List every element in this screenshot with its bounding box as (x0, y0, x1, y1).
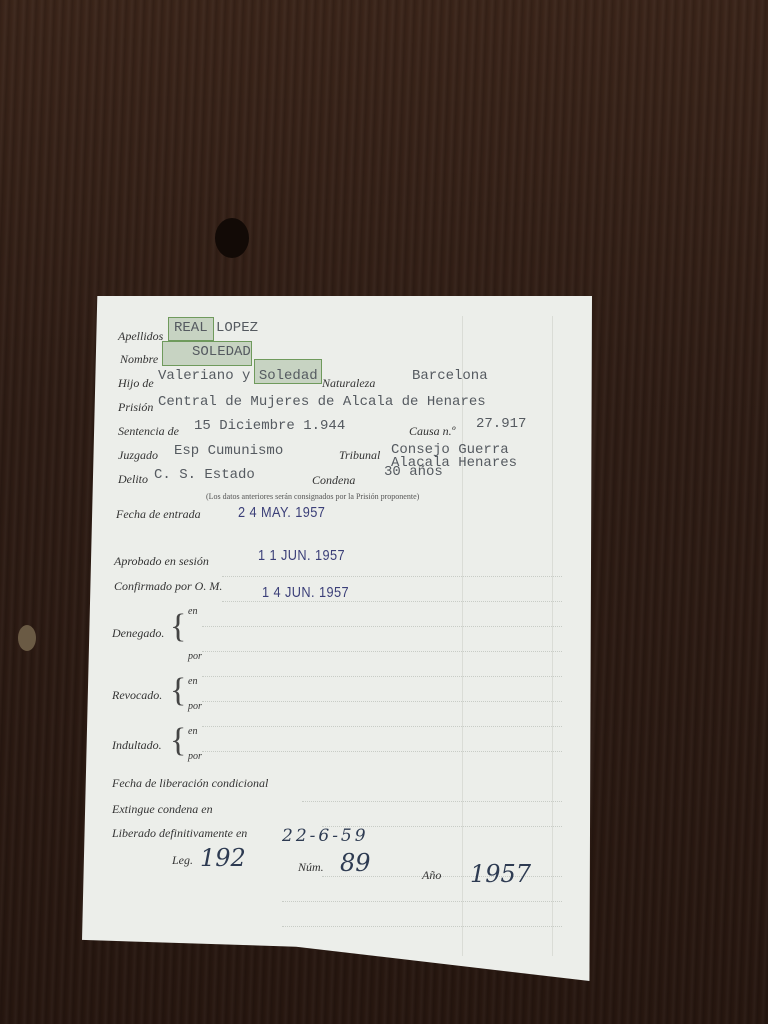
revocado-en: en (188, 676, 197, 687)
nombre-value: SOLEDAD (192, 344, 251, 360)
sentencia-value: 15 Diciembre 1.944 (194, 418, 345, 434)
naturaleza-label: Naturaleza (322, 376, 375, 391)
num-label: Núm. (298, 860, 324, 875)
juzgado-value: Esp Cumunismo (174, 443, 283, 459)
wood-knot (215, 218, 249, 258)
denegado-por: por (188, 651, 202, 662)
prision-value: Central de Mujeres de Alcala de Henares (158, 394, 486, 410)
naturaleza-value: Barcelona (412, 368, 488, 384)
prision-label: Prisión (118, 400, 153, 415)
hijo-de-value: Valeriano y Soledad (158, 368, 318, 384)
denegado-en: en (188, 606, 197, 617)
causa-label: Causa n.º (409, 424, 455, 439)
leg-value: 192 (200, 844, 246, 872)
denegado-label: Denegado. (112, 626, 164, 641)
causa-value: 27.917 (476, 416, 526, 432)
brace-icon: { (170, 610, 186, 644)
confirmado-stamp: 1 4 JUN. 1957 (262, 584, 349, 601)
hijo-de-label: Hijo de (118, 376, 154, 391)
indultado-label: Indultado. (112, 738, 162, 753)
nombre-label: Nombre (120, 352, 158, 367)
prisoner-record-card: Apellidos REAL LOPEZ Nombre SOLEDAD Hijo… (82, 296, 592, 981)
delito-label: Delito (118, 472, 148, 487)
condena-value: 30 años (384, 464, 443, 480)
fecha-entrada-stamp: 2 4 MAY. 1957 (238, 504, 325, 521)
indultado-por: por (188, 751, 202, 762)
apellidos-label: Apellidos (118, 329, 163, 344)
indultado-en: en (188, 726, 197, 737)
revocado-por: por (188, 701, 202, 712)
juzgado-label: Juzgado (118, 448, 158, 463)
aprobado-label: Aprobado en sesión (114, 554, 209, 569)
wood-knot (18, 625, 36, 651)
leg-label: Leg. (172, 853, 193, 868)
num-value: 89 (340, 849, 371, 877)
extingue-label: Extingue condena en (112, 802, 213, 817)
form-note: (Los datos anteriores serán consignados … (206, 492, 419, 501)
liberacion-condicional-label: Fecha de liberación condicional (112, 776, 268, 791)
brace-icon: { (170, 674, 186, 708)
delito-value: C. S. Estado (154, 467, 255, 483)
aprobado-stamp: 1 1 JUN. 1957 (258, 547, 345, 564)
condena-label: Condena (312, 473, 355, 488)
brace-icon: { (170, 724, 186, 758)
liberado-label: Liberado definitivamente en (112, 826, 247, 841)
ano-value: 1957 (470, 860, 531, 888)
confirmado-label: Confirmado por O. M. (114, 579, 222, 594)
sentencia-label: Sentencia de (118, 424, 179, 439)
apellidos-value: REAL LOPEZ (174, 320, 258, 336)
revocado-label: Revocado. (112, 688, 162, 703)
liberado-value: 22-6-59 (282, 826, 369, 846)
tribunal-label: Tribunal (339, 448, 380, 463)
fecha-entrada-label: Fecha de entrada (116, 507, 201, 522)
ano-label: Año (422, 868, 441, 883)
